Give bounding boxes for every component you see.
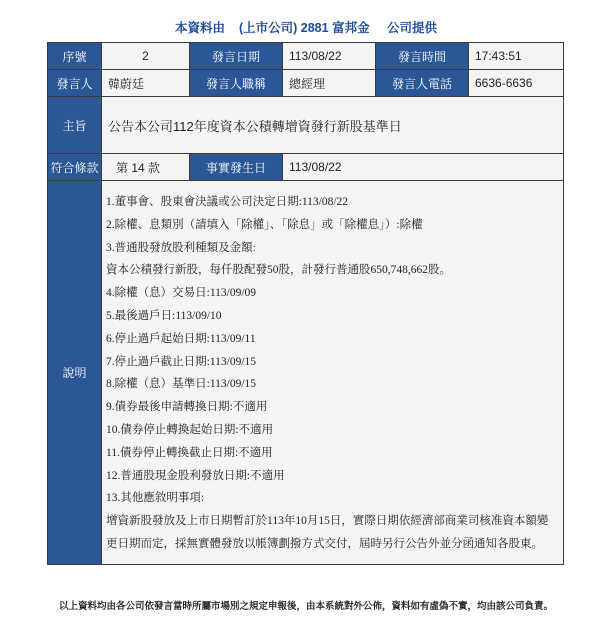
fact-date-value: 113/08/22 — [283, 154, 564, 181]
time-value: 17:43:51 — [469, 43, 564, 70]
description-line: 增資新股發放及上市日期暫訂於113年10月15日，實際日期依經濟部商業司核准資本… — [106, 510, 559, 533]
disclaimer-footer: 以上資料均由各公司依發言當時所屬市場別之規定申報後，由本系統對外公佈，資料如有虛… — [0, 598, 612, 612]
provider-title: 本資料由 (上市公司) 2881 富邦金 公司提供 — [0, 18, 612, 36]
description-line: 更日期而定，採無實體發放以帳簿劃撥方式交付，屆時另行公告外並分函通知各股東。 — [106, 533, 559, 556]
description-line: 2.除權、息類別（請填入「除權」、「除息」或「除權息」）:除權 — [106, 214, 559, 237]
seq-value: 2 — [102, 43, 190, 70]
subject-value: 公告本公司112年度資本公積轉增資發行新股基準日 — [102, 97, 564, 154]
description-line: 8.除權（息）基準日:113/09/15 — [106, 373, 559, 396]
description-line: 9.債券最後申請轉換日期:不適用 — [106, 396, 559, 419]
description-line: 6.停止過戶起始日期:113/09/11 — [106, 328, 559, 351]
date-value: 113/08/22 — [283, 43, 376, 70]
speaker-value: 韓蔚廷 — [102, 70, 190, 97]
description-line: 13.其他應敘明事項: — [106, 487, 559, 510]
description-line: 資本公積發行新股，每仟股配發50股，計發行普通股650,748,662股。 — [106, 259, 559, 282]
description-line: 10.債券停止轉換起始日期:不適用 — [106, 419, 559, 442]
description-label: 說明 — [48, 181, 102, 565]
description-line: 11.債券停止轉換截止日期:不適用 — [106, 442, 559, 465]
clause-label: 符合條款 — [48, 154, 102, 181]
description-line: 7.停止過戶截止日期:113/09/15 — [106, 351, 559, 374]
description-line: 3.普通股發放股利種類及金額: — [106, 237, 559, 260]
title-prefix: 本資料由 — [175, 21, 225, 35]
phone-label: 發言人電話 — [376, 70, 469, 97]
table-row: 序號 2 發言日期 113/08/22 發言時間 17:43:51 — [48, 43, 564, 70]
table-row: 發言人 韓蔚廷 發言人職稱 總經理 發言人電話 6636-6636 — [48, 70, 564, 97]
title-company: 富邦金 — [332, 21, 370, 35]
phone-value: 6636-6636 — [469, 70, 564, 97]
speaker-title-label: 發言人職稱 — [190, 70, 283, 97]
date-label: 發言日期 — [190, 43, 283, 70]
title-suffix: 公司提供 — [387, 21, 437, 35]
time-label: 發言時間 — [376, 43, 469, 70]
seq-label: 序號 — [48, 43, 102, 70]
table-row: 說明 1.董事會、股東會決議或公司決定日期:113/08/22 2.除權、息類別… — [48, 181, 564, 565]
title-code: 2881 — [301, 21, 329, 35]
description-line: 12.普通股現金股利發放日期:不適用 — [106, 465, 559, 488]
title-market: (上市公司) — [239, 21, 297, 35]
description-body: 1.董事會、股東會決議或公司決定日期:113/08/22 2.除權、息類別（請填… — [102, 181, 564, 565]
description-line: 5.最後過戶日:113/09/10 — [106, 305, 559, 328]
announcement-table: 序號 2 發言日期 113/08/22 發言時間 17:43:51 發言人 韓蔚… — [47, 42, 564, 565]
clause-value: 第 14 款 — [102, 154, 190, 181]
description-line: 1.董事會、股東會決議或公司決定日期:113/08/22 — [106, 191, 559, 214]
table-row: 符合條款 第 14 款 事實發生日 113/08/22 — [48, 154, 564, 181]
speaker-label: 發言人 — [48, 70, 102, 97]
table-row: 主旨 公告本公司112年度資本公積轉增資發行新股基準日 — [48, 97, 564, 154]
speaker-title-value: 總經理 — [283, 70, 376, 97]
fact-date-label: 事實發生日 — [190, 154, 283, 181]
subject-label: 主旨 — [48, 97, 102, 154]
description-line: 4.除權（息）交易日:113/09/09 — [106, 282, 559, 305]
